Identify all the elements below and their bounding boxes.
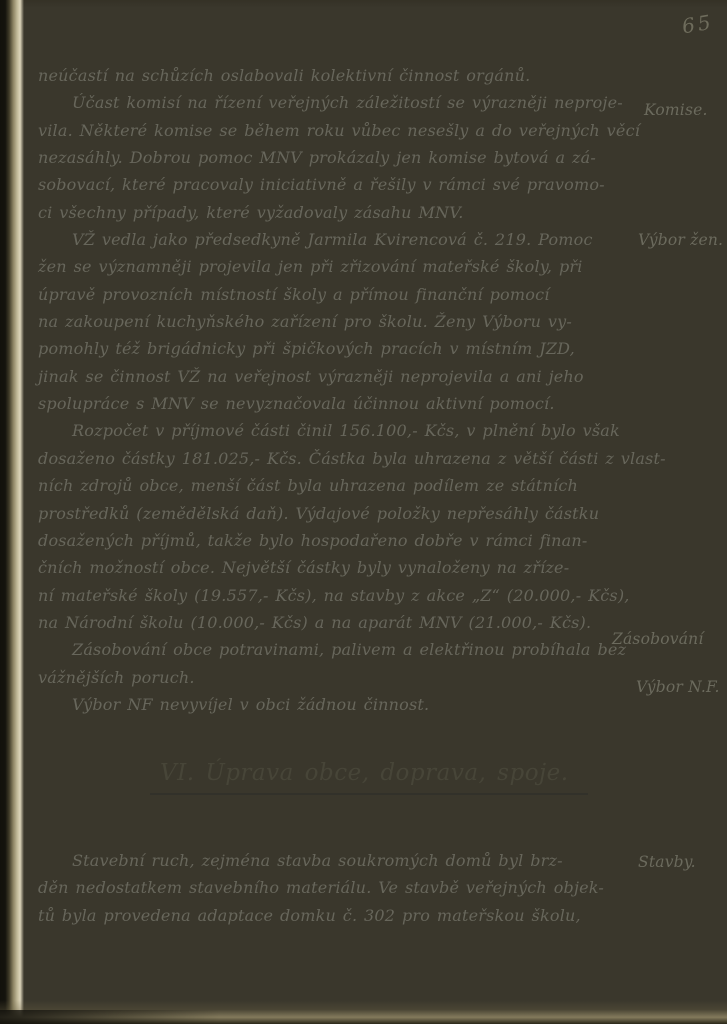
section-heading: VI. Úprava obce, doprava, spoje. — [150, 760, 588, 795]
section-heading-text: VI. Úprava obce, doprava, spoje. — [160, 760, 569, 786]
page-number: 65 — [680, 10, 715, 39]
text-line: sobovací, které pracovaly iniciativně a … — [38, 171, 628, 198]
text-line: jinak se činnost VŽ na veřejnost výrazně… — [38, 363, 628, 390]
paragraph: Účast komisí na řízení veřejných záležit… — [38, 89, 628, 226]
margin-note-vybor-zen: Výbor žen. — [638, 231, 723, 249]
text-line: úpravě provozních místností školy a přím… — [38, 281, 628, 308]
paragraph: VŽ vedla jako předsedkyně Jarmila Kviren… — [38, 226, 628, 417]
text-line: ní mateřské školy (19.557,- Kčs), na sta… — [38, 582, 628, 609]
text-line: Rozpočet v příjmové části činil 156.100,… — [38, 417, 628, 444]
text-line: dosaženo částky 181.025,- Kčs. Částka by… — [38, 445, 628, 472]
text-line: Výbor NF nevyvíjel v obci žádnou činnost… — [38, 691, 628, 718]
text-line: čních možností obce. Největší částky byl… — [38, 554, 628, 581]
page-top-shadow — [0, 0, 727, 8]
text-line: Účast komisí na řízení veřejných záležit… — [38, 89, 628, 116]
text-line: děn nedostatkem stavebního materiálu. Ve… — [38, 874, 628, 901]
text-line: spolupráce s MNV se nevyznačovala účinno… — [38, 390, 628, 417]
text-line: na zakoupení kuchyňského zařízení pro šk… — [38, 308, 628, 335]
text-line: VŽ vedla jako předsedkyně Jarmila Kviren… — [38, 226, 628, 253]
body-text-section-1: neúčastí na schůzích oslabovali kolektiv… — [38, 62, 628, 718]
body-text-section-2: Stavební ruch, zejména stavba soukromých… — [38, 847, 628, 929]
page-bottom-corner-shadow — [0, 1010, 220, 1024]
chronicle-page: 65 neúčastí na schůzích oslabovali kolek… — [0, 0, 727, 1024]
text-line: Stavební ruch, zejména stavba soukromých… — [38, 847, 628, 874]
text-line: prostředků (zemědělská daň). Výdajové po… — [38, 500, 628, 527]
text-line: na Národní školu (10.000,- Kčs) a na apa… — [38, 609, 628, 636]
text-line: ních zdrojů obce, menší část byla uhraze… — [38, 472, 628, 499]
text-line: pomohly též brigádnicky při špičkových p… — [38, 335, 628, 362]
margin-note-vybor-nf: Výbor N.F. — [636, 678, 720, 696]
text-line: nezasáhly. Dobrou pomoc MNV prokázaly je… — [38, 144, 628, 171]
margin-note-komise: Komise. — [644, 101, 708, 119]
margin-note-zasobovani: Zásobování — [612, 630, 704, 648]
paragraph: Zásobování obce potravinami, palivem a e… — [38, 636, 628, 691]
text-line: ci všechny případy, které vyžadovaly zás… — [38, 199, 628, 226]
book-binding-edge — [0, 0, 24, 1024]
text-line: dosažených příjmů, takže bylo hospodařen… — [38, 527, 628, 554]
paragraph: Stavební ruch, zejména stavba soukromých… — [38, 847, 628, 929]
text-line: neúčastí na schůzích oslabovali kolektiv… — [38, 62, 628, 89]
text-line: žen se významněji projevila jen při zřiz… — [38, 253, 628, 280]
paragraph: Rozpočet v příjmové části činil 156.100,… — [38, 417, 628, 636]
text-line: vila. Některé komise se během roku vůbec… — [38, 117, 628, 144]
text-line: tů byla provedena adaptace domku č. 302 … — [38, 902, 628, 929]
margin-note-stavby: Stavby. — [638, 853, 696, 871]
paragraph: Výbor NF nevyvíjel v obci žádnou činnost… — [38, 691, 628, 718]
paragraph: neúčastí na schůzích oslabovali kolektiv… — [38, 62, 628, 89]
text-line: Zásobování obce potravinami, palivem a e… — [38, 636, 628, 663]
text-line: vážnějších poruch. — [38, 664, 628, 691]
